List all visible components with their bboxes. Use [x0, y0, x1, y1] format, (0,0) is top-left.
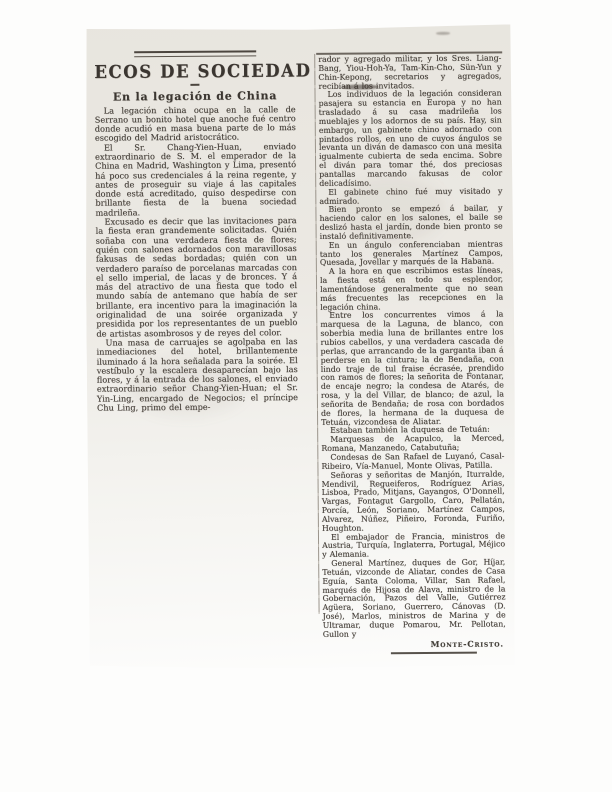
right-column: rador y agregado militar, y los Sres. Li… — [318, 54, 506, 654]
article-paragraph: El embajador de Francia, ministros de Au… — [322, 532, 505, 560]
article-headline: En la legación de China — [94, 89, 295, 104]
ink-smudge — [436, 32, 450, 35]
article-paragraph: La legación china ocupa en la calle de S… — [95, 105, 296, 144]
masthead-double-rule — [134, 50, 256, 57]
article-paragraph: Los individuos de la legación consideran… — [318, 90, 502, 189]
article-paragraph: Señoras y señoritas de Manjón, Iturralde… — [321, 470, 504, 533]
article-end-rule — [391, 651, 477, 654]
article-paragraph: General Martínez, duques de Gor, Híjar, … — [322, 558, 506, 639]
article-paragraph: A la hora en que escribimos estas líneas… — [320, 267, 503, 313]
article-paragraph: Entre los concurrentes vimos á la marque… — [320, 311, 504, 427]
newspaper-clipping: ECOS DE SOCIEDAD En la legación de China… — [84, 24, 517, 669]
section-title: ECOS DE SOCIEDAD — [94, 60, 295, 82]
article-paragraph: En un ángulo conferenciaban mientras tan… — [320, 240, 503, 268]
author-signature: Monte-Cristo. — [323, 639, 504, 649]
scanned-page: ECOS DE SOCIEDAD En la legación de China… — [0, 0, 612, 792]
title-dash-rule — [190, 84, 199, 86]
article-paragraph: El Sr. Chang-Yien-Huan, enviado extraord… — [95, 142, 297, 218]
article-paragraph: Excusado es decir que las invitaciones p… — [95, 216, 297, 338]
